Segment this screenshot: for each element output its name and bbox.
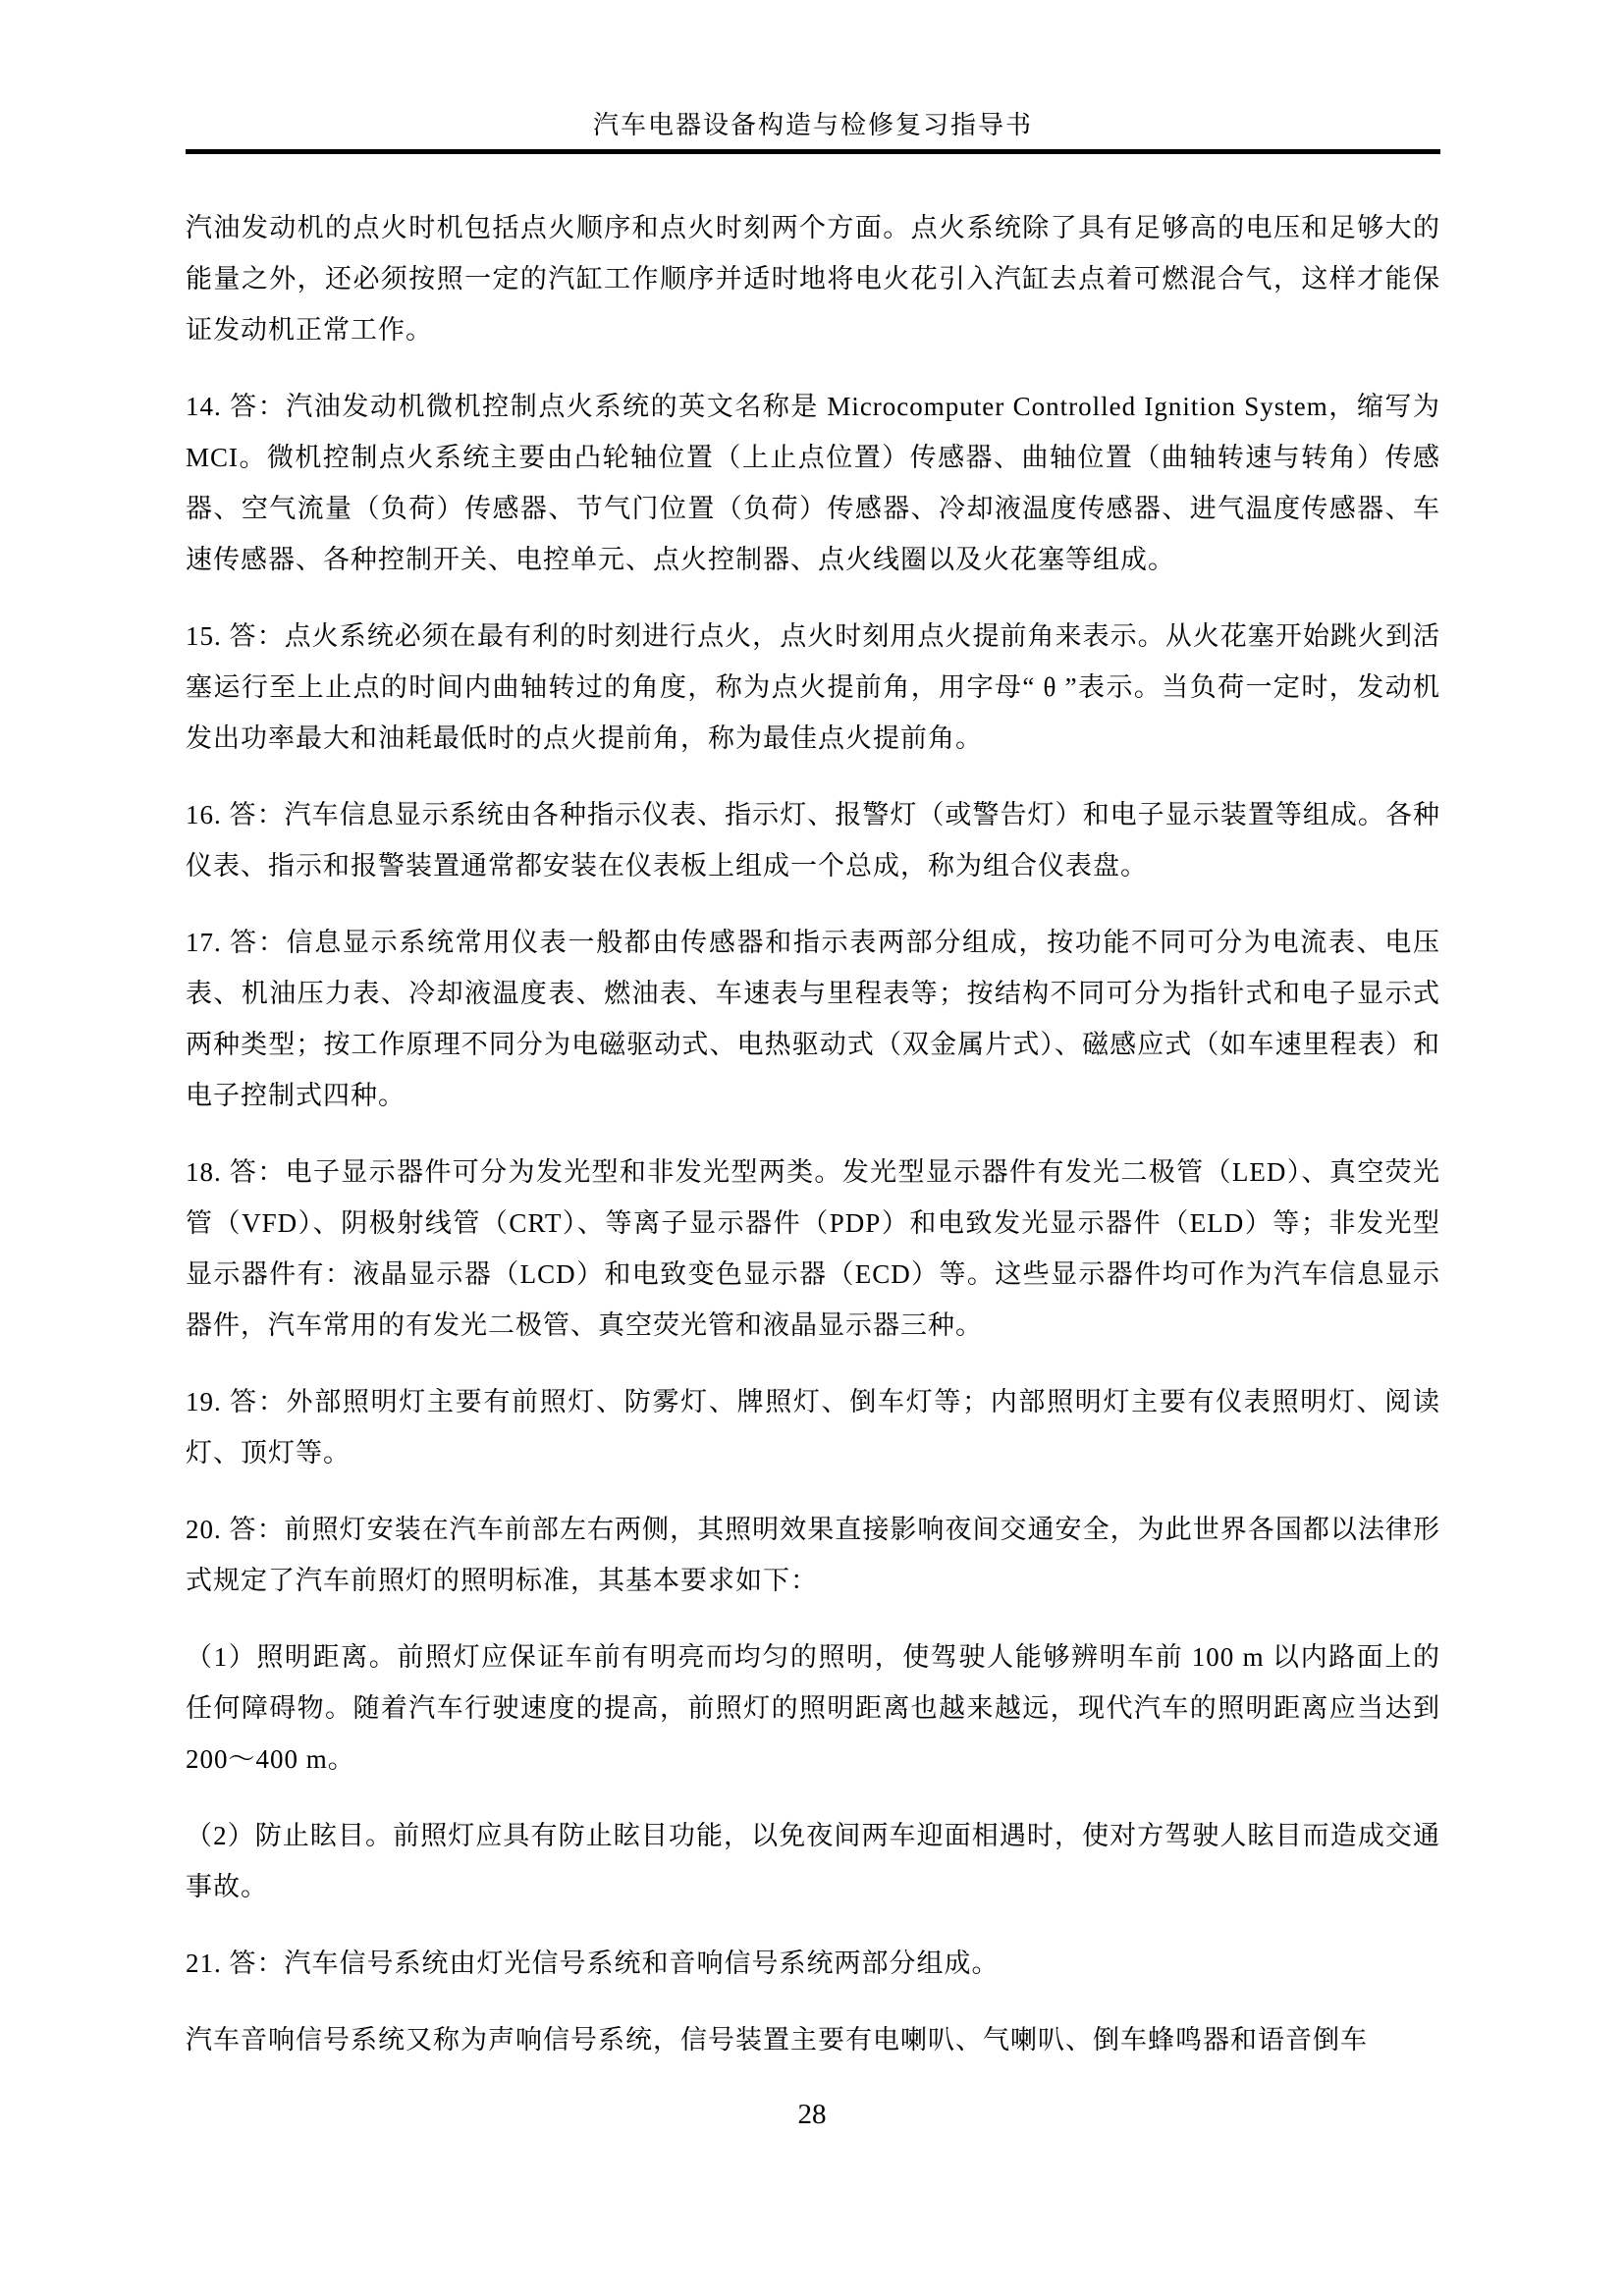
paragraph-answer-14: 14. 答：汽油发动机微机控制点火系统的英文名称是 Microcomputer … xyxy=(186,381,1440,585)
paragraph-answer-19: 19. 答：外部照明灯主要有前照灯、防雾灯、牌照灯、倒车灯等；内部照明灯主要有仪… xyxy=(186,1376,1440,1478)
page-content: 汽车电器设备构造与检修复习指导书 汽油发动机的点火时机包括点火顺序和点火时刻两个… xyxy=(186,0,1440,2091)
paragraph-answer-15: 15. 答：点火系统必须在最有利的时刻进行点火，点火时刻用点火提前角来表示。从火… xyxy=(186,611,1440,764)
paragraph-answer-16: 16. 答：汽车信息显示系统由各种指示仪表、指示灯、报警灯（或警告灯）和电子显示… xyxy=(186,789,1440,891)
paragraph-answer-20-item-2: （2）防止眩目。前照灯应具有防止眩目功能，以免夜间两车迎面相遇时，使对方驾驶人眩… xyxy=(186,1810,1440,1912)
document-page: 汽车电器设备构造与检修复习指导书 汽油发动机的点火时机包括点火顺序和点火时刻两个… xyxy=(0,0,1624,2296)
paragraph-answer-21: 21. 答：汽车信号系统由灯光信号系统和音响信号系统两部分组成。 xyxy=(186,1938,1440,1989)
header-rule xyxy=(186,149,1440,154)
paragraph-answer-18: 18. 答：电子显示器件可分为发光型和非发光型两类。发光型显示器件有发光二极管（… xyxy=(186,1147,1440,1351)
paragraph-answer-17: 17. 答：信息显示系统常用仪表一般都由传感器和指示表两部分组成，按功能不同可分… xyxy=(186,917,1440,1121)
paragraph-intro-ignition-timing: 汽油发动机的点火时机包括点火顺序和点火时刻两个方面。点火系统除了具有足够高的电压… xyxy=(186,202,1440,355)
page-number: 28 xyxy=(0,2097,1624,2132)
page-header-title: 汽车电器设备构造与检修复习指导书 xyxy=(186,108,1440,143)
paragraph-answer-20-item-1: （1）照明距离。前照灯应保证车前有明亮而均匀的照明，使驾驶人能够辨明车前 100… xyxy=(186,1631,1440,1785)
paragraph-answer-21-continued: 汽车音响信号系统又称为声响信号系统，信号装置主要有电喇叭、气喇叭、倒车蜂鸣器和语… xyxy=(186,2014,1440,2065)
body-text: 汽油发动机的点火时机包括点火顺序和点火时刻两个方面。点火系统除了具有足够高的电压… xyxy=(186,202,1440,2065)
paragraph-answer-20: 20. 答：前照灯安装在汽车前部左右两侧，其照明效果直接影响夜间交通安全，为此世… xyxy=(186,1504,1440,1606)
